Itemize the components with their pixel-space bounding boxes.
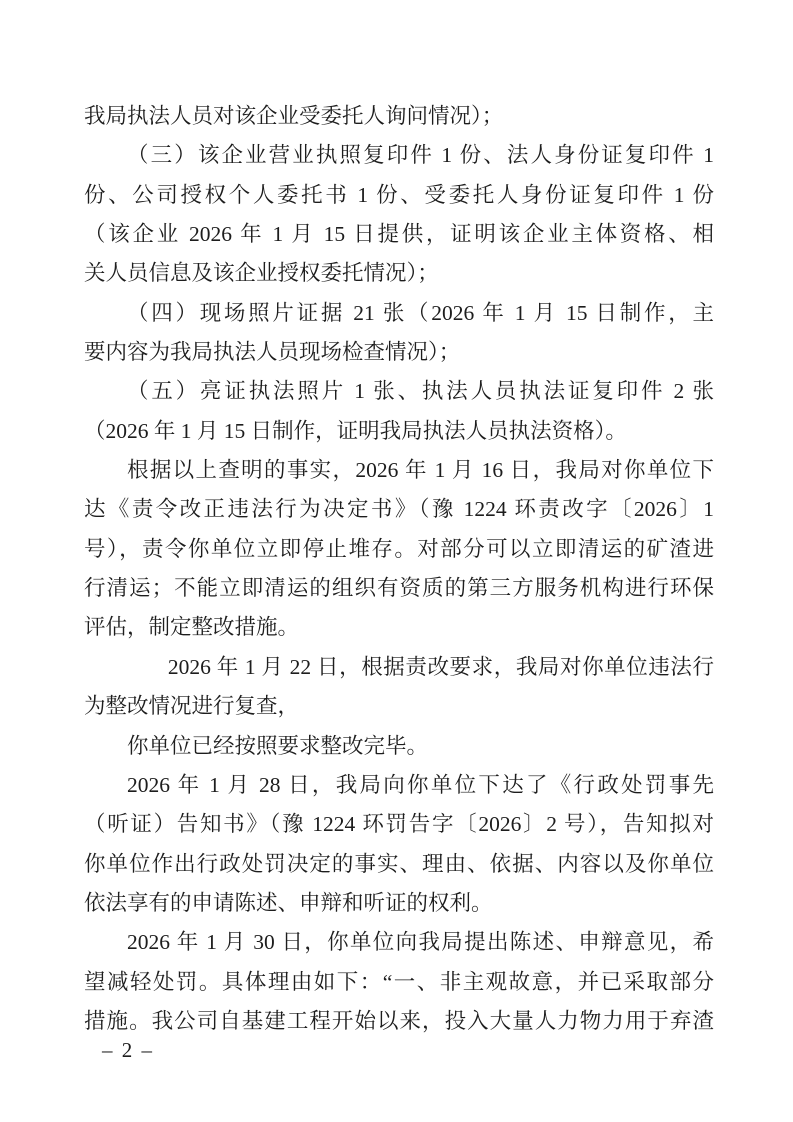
text-line: （四）现场照片证据 21 张（2026 年 1 月 15 日制作，主 xyxy=(84,294,714,333)
text-line: 2026 年 1 月 28 日，我局向你单位下达了《行政处罚事先 xyxy=(84,766,714,805)
text-line: 你单位已经按照要求整改完毕。 xyxy=(84,727,714,766)
page-number: – 2 – xyxy=(102,1038,154,1063)
text-line: （三）该企业营业执照复印件 1 份、法人身份证复印件 1 xyxy=(84,136,714,175)
text-line: 评估，制定整改措施。 xyxy=(84,608,714,647)
text-line: 措施。我公司自基建工程开始以来，投入大量人力物力用于弃渣 xyxy=(84,1002,714,1041)
text-line: （听证）告知书》（豫 1224 环罚告字〔2026〕2 号），告知拟对 xyxy=(84,805,714,844)
text-line: 2026 年 1 月 30 日，你单位向我局提出陈述、申辩意见，希 xyxy=(84,923,714,962)
text-line: 行清运；不能立即清运的组织有资质的第三方服务机构进行环保 xyxy=(84,569,714,608)
text-line: 望减轻处罚。具体理由如下：“一、非主观故意，并已采取部分 xyxy=(84,963,714,1002)
text-line: 号），责令你单位立即停止堆存。对部分可以立即清运的矿渣进 xyxy=(84,530,714,569)
text-line: （该企业 2026 年 1 月 15 日提供，证明该企业主体资格、相 xyxy=(84,215,714,254)
text-line: （五）亮证执法照片 1 张、执法人员执法证复印件 2 张 xyxy=(84,372,714,411)
text-line: 我局执法人员对该企业受委托人询问情况）； xyxy=(84,97,714,136)
text-line: 要内容为我局执法人员现场检查情况）； xyxy=(84,333,714,372)
text-line: 你单位作出行政处罚决定的事实、理由、依据、内容以及你单位 xyxy=(84,845,714,884)
document-page: 我局执法人员对该企业受委托人询问情况）；（三）该企业营业执照复印件 1 份、法人… xyxy=(0,0,793,1122)
text-line: 达《责令改正违法行为决定书》（豫 1224 环责改字〔2026〕1 xyxy=(84,490,714,529)
text-line: 份、公司授权个人委托书 1 份、受委托人身份证复印件 1 份 xyxy=(84,176,714,215)
document-body: 我局执法人员对该企业受委托人询问情况）；（三）该企业营业执照复印件 1 份、法人… xyxy=(84,97,714,1041)
text-line: 关人员信息及该企业授权委托情况）； xyxy=(84,254,714,293)
text-line: 根据以上查明的事实，2026 年 1 月 16 日，我局对你单位下 xyxy=(84,451,714,490)
text-line: （2026 年 1 月 15 日制作，证明我局执法人员执法资格）。 xyxy=(84,412,714,451)
text-line: 为整改情况进行复查， xyxy=(84,687,714,726)
text-line: 依法享有的申请陈述、申辩和听证的权利。 xyxy=(84,884,714,923)
text-line: 2026 年 1 月 22 日，根据责改要求，我局对你单位违法行 xyxy=(84,648,714,687)
